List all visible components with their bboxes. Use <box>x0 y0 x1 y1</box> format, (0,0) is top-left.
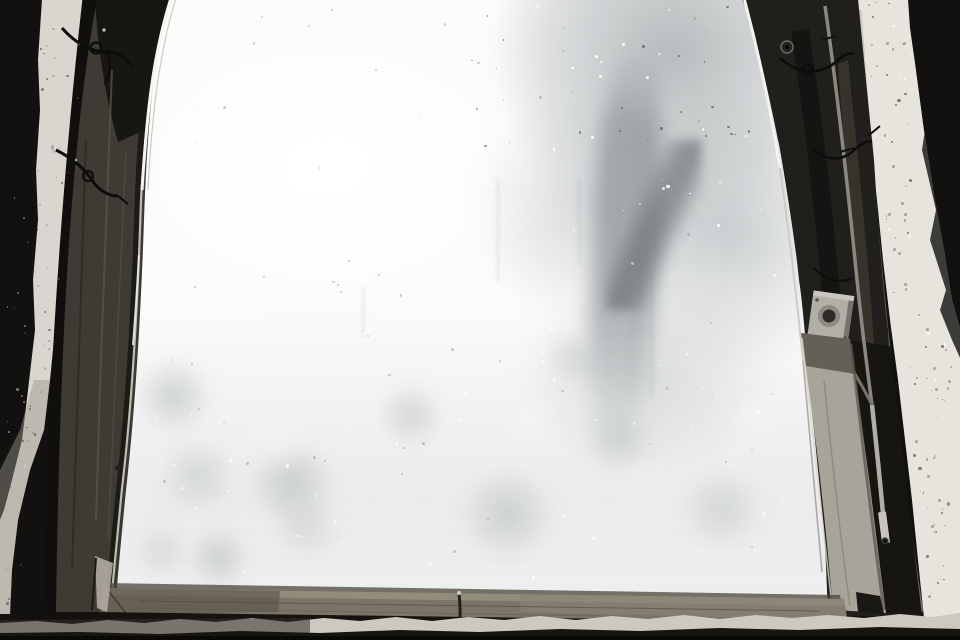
window-frame-overlay <box>0 0 960 640</box>
photo-arched-window <box>0 0 960 640</box>
sill-bottom-dark <box>0 636 960 640</box>
twig-tip-glint <box>457 591 461 595</box>
post-knot <box>115 465 121 471</box>
post-glint-1 <box>102 28 105 31</box>
stay-rod-cap-hole <box>883 539 886 542</box>
latch-screw-1 <box>815 298 819 302</box>
latch-knob <box>823 310 836 323</box>
post-glint-2 <box>75 159 78 162</box>
frame-screw-hole <box>785 45 789 49</box>
